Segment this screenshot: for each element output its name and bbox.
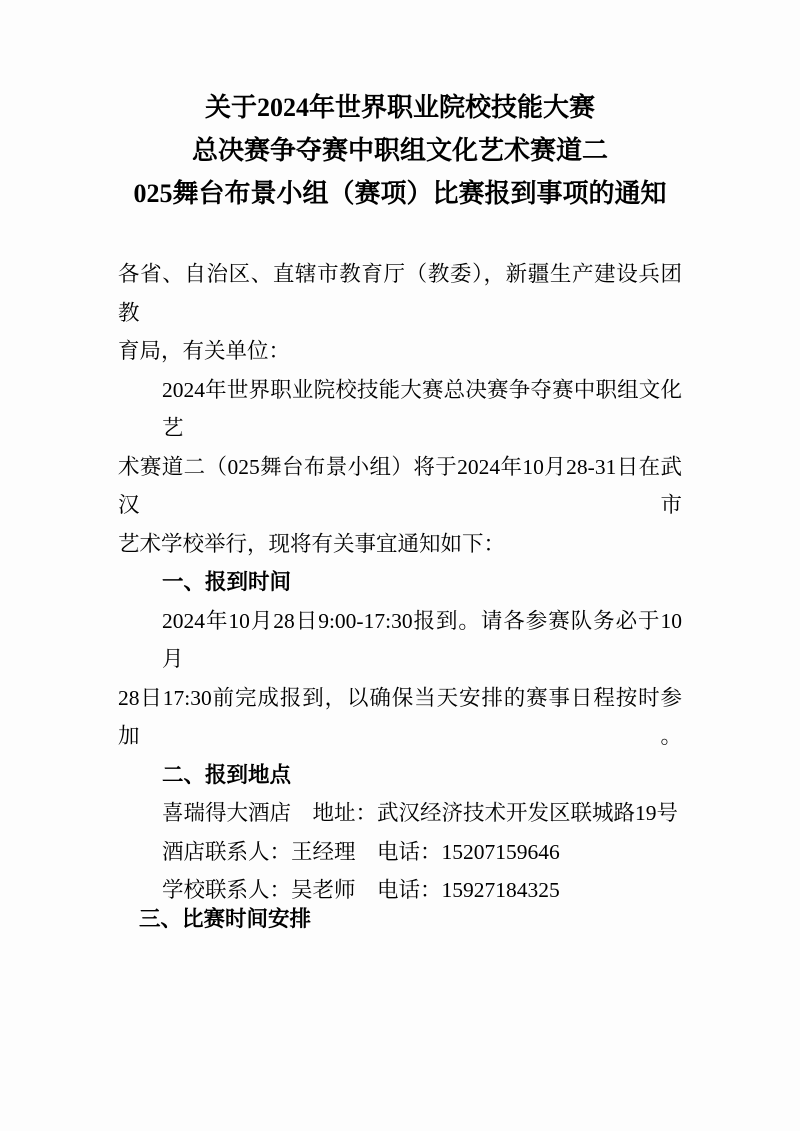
intro-line-1: 2024年世界职业院校技能大赛总决赛争夺赛中职组文化艺 <box>118 371 682 448</box>
document-body: 各省、自治区、直辖市教育厅（教委），新疆生产建设兵团教 育局，有关单位： 202… <box>118 255 682 938</box>
salutation-line-2: 育局，有关单位： <box>118 332 682 371</box>
section-2-heading: 二、报到地点 <box>118 756 682 795</box>
title-line-1: 关于2024年世界职业院校技能大赛 <box>0 86 800 129</box>
hotel-address-line: 喜瑞得大酒店 地址：武汉经济技术开发区联城路19号 <box>118 794 682 833</box>
document-title: 关于2024年世界职业院校技能大赛 总决赛争夺赛中职组文化艺术赛道二 025舞台… <box>0 0 800 215</box>
salutation-line-1: 各省、自治区、直辖市教育厅（教委），新疆生产建设兵团教 <box>118 255 682 332</box>
hotel-contact-line: 酒店联系人：王经理 电话：15207159646 <box>118 833 682 872</box>
intro-line-3: 艺术学校举行，现将有关事宜通知如下： <box>118 525 682 564</box>
section-1-line-2: 28日17:30前完成报到，以确保当天安排的赛事日程按时参加。 <box>118 679 682 756</box>
title-line-2: 总决赛争夺赛中职组文化艺术赛道二 <box>0 129 800 172</box>
intro-line-2: 术赛道二（025舞台布景小组）将于2024年10月28-31日在武汉市 <box>118 448 682 525</box>
section-1-line-1: 2024年10月28日9:00-17:30报到。请各参赛队务必于10月 <box>118 602 682 679</box>
title-line-3: 025舞台布景小组（赛项）比赛报到事项的通知 <box>0 172 800 215</box>
notice-document-page: 关于2024年世界职业院校技能大赛 总决赛争夺赛中职组文化艺术赛道二 025舞台… <box>0 0 800 1131</box>
section-1-heading: 一、报到时间 <box>118 563 682 602</box>
